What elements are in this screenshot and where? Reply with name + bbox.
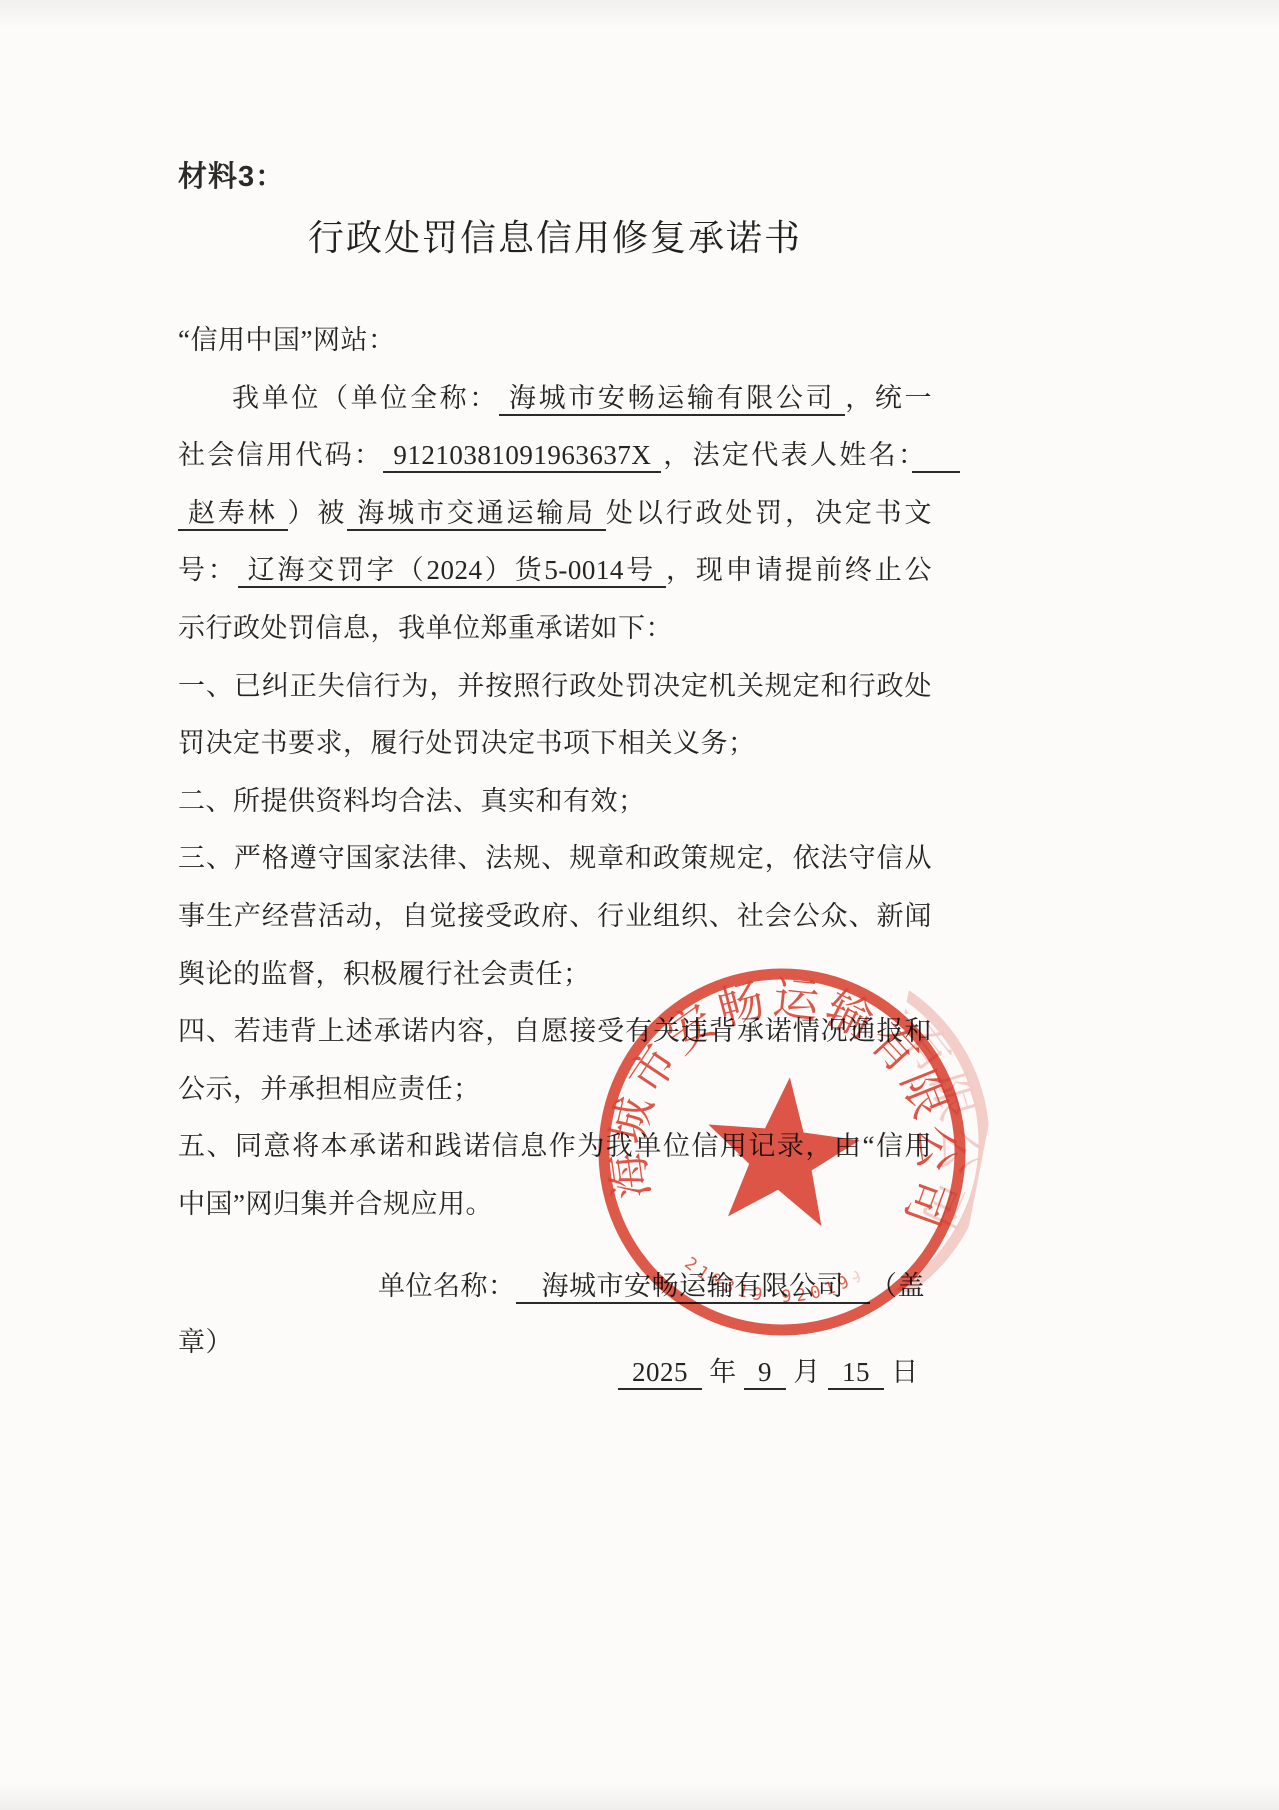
line-text: 中国”网归集并合规应用。 — [178, 1189, 493, 1219]
body-line: 四、若违背上述承诺内容，自愿接受有关违背承诺情况通报和 — [178, 1003, 932, 1061]
body-lines: “信用中国”网站：我单位（单位全称：海城市安畅运输有限公司，统一社会信用代码：9… — [178, 312, 932, 1234]
line-text: ，法定代表人姓名： — [661, 440, 912, 470]
line-text: 月 — [786, 1357, 828, 1387]
body-line: 社会信用代码：91210381091963637X，法定代表人姓名： — [178, 427, 932, 485]
line-text: 四、若违背上述承诺内容，自愿接受有关违背承诺情况通报和 — [178, 1016, 932, 1046]
signature-date: 2025 年 9 月 15 日 — [618, 1352, 919, 1392]
line-text: 罚决定书要求，履行处罚决定书项下相关义务； — [178, 728, 756, 758]
material-label: 材料3： — [178, 156, 932, 198]
line-text: 我单位（单位全称： — [232, 383, 499, 413]
line-text: 处以行政处罚，决定书文 — [606, 498, 932, 528]
line-text: ）被 — [288, 498, 348, 528]
body-line: 罚决定书要求，履行处罚决定书项下相关义务； — [178, 715, 932, 773]
body-line: 一、已纠正失信行为，并按照行政处罚决定机关规定和行政处 — [178, 658, 932, 716]
body-line: 示行政处罚信息，我单位郑重承诺如下： — [178, 600, 932, 658]
line-text: 一、已纠正失信行为，并按照行政处罚决定机关规定和行政处 — [178, 671, 932, 701]
body-line: 舆论的监督，积极履行社会责任； — [178, 946, 932, 1004]
filled-value: 91210381091963637X — [383, 440, 661, 473]
page-title: 行政处罚信息信用修复承诺书 — [178, 214, 932, 262]
line-text: ，统一 — [845, 383, 932, 413]
filled-value: 赵寿林 — [178, 498, 288, 531]
line-text: 公示，并承担相应责任； — [178, 1074, 481, 1104]
body-line: 中国”网归集并合规应用。 — [178, 1176, 932, 1234]
filled-value: 2025 — [618, 1357, 702, 1390]
body-line: “信用中国”网站： — [178, 312, 932, 370]
body-line: 二、所提供资料均合法、真实和有效； — [178, 773, 932, 831]
body-line: 号：辽海交罚字（2024）货5-0014号，现申请提前终止公 — [178, 542, 932, 600]
filled-value: 海城市交通运输局 — [347, 498, 606, 531]
filled-value: 15 — [828, 1357, 884, 1390]
filled-value: 海城市安畅运输有限公司 — [499, 383, 845, 416]
body-line: 三、严格遵守国家法律、法规、规章和政策规定，依法守信从 — [178, 830, 932, 888]
line-text: 社会信用代码： — [178, 440, 383, 470]
line-text: 二、所提供资料均合法、真实和有效； — [178, 786, 646, 816]
signature-unit-name: 单位名称：海城市安畅运输有限公司（盖 — [378, 1266, 925, 1306]
body-line: 五、同意将本承诺和践诺信息作为我单位信用记录，由“信用 — [178, 1118, 932, 1176]
line-text: （盖 — [870, 1271, 925, 1301]
line-text: 舆论的监督，积极履行社会责任； — [178, 959, 591, 989]
filled-value: 辽海交罚字（2024）货5-0014号 — [238, 555, 666, 588]
line-text: 号： — [178, 555, 238, 585]
line-text: 五、同意将本承诺和践诺信息作为我单位信用记录，由“信用 — [178, 1131, 932, 1161]
document-body: 材料3： 行政处罚信息信用修复承诺书 “信用中国”网站：我单位（单位全称：海城市… — [178, 156, 932, 1234]
line-text: 事生产经营活动，自觉接受政府、行业组织、社会公众、新闻 — [178, 901, 932, 931]
body-line: 赵寿林）被海城市交通运输局处以行政处罚，决定书文 — [178, 485, 932, 543]
line-text: 章） — [178, 1327, 233, 1357]
filled-value — [912, 440, 960, 473]
body-line: 我单位（单位全称：海城市安畅运输有限公司，统一 — [178, 370, 932, 428]
line-text: 年 — [702, 1357, 744, 1387]
signature-seal-suffix: 章） — [178, 1322, 233, 1362]
line-text: 三、严格遵守国家法律、法规、规章和政策规定，依法守信从 — [178, 843, 932, 873]
line-text: “信用中国”网站： — [178, 325, 395, 355]
line-text: 日 — [884, 1357, 919, 1387]
line-text: 示行政处罚信息，我单位郑重承诺如下： — [178, 613, 673, 643]
line-text: 单位名称： — [378, 1271, 516, 1301]
line-text: ，现申请提前终止公 — [666, 555, 932, 585]
body-line: 公示，并承担相应责任； — [178, 1061, 932, 1119]
body-line: 事生产经营活动，自觉接受政府、行业组织、社会公众、新闻 — [178, 888, 932, 946]
scanned-document-page: 材料3： 行政处罚信息信用修复承诺书 “信用中国”网站：我单位（单位全称：海城市… — [0, 0, 1279, 1810]
filled-value: 9 — [744, 1357, 786, 1390]
filled-value: 海城市安畅运输有限公司 — [516, 1271, 871, 1304]
